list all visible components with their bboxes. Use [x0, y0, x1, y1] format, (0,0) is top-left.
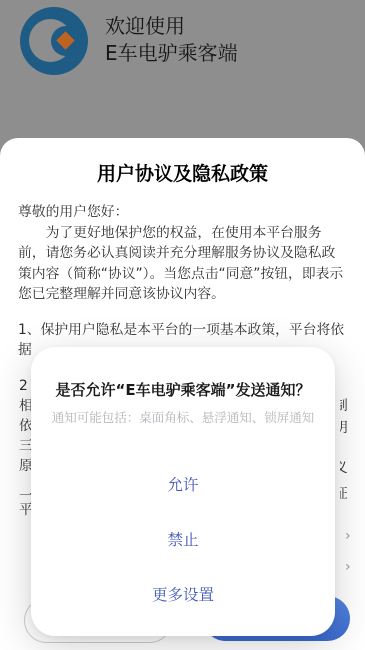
clipped-text-fragment: 平: [19, 502, 31, 519]
chevron-right-icon: ›: [345, 528, 355, 545]
welcome-text: 欢迎使用 E车电驴乘客端: [105, 13, 238, 67]
allow-button[interactable]: 允许: [31, 456, 335, 511]
clipped-text-fragment: 原: [19, 458, 31, 475]
clipped-text-fragment: 明: [340, 420, 351, 437]
agreement-paragraph-1: 为了更好地保护您的权益，在使用本平台服务前，请您务必认真阅读并充分理解服务协议及…: [18, 223, 348, 305]
welcome-line-1: 欢迎使用: [105, 13, 238, 40]
more-settings-button[interactable]: 更多设置: [31, 566, 335, 621]
dialog-button-group: 允许 禁止 更多设置: [31, 456, 335, 621]
clipped-text-fragment: 三: [19, 438, 31, 455]
brand-header: 欢迎使用 E车电驴乘客端: [20, 7, 238, 75]
dialog-title: 是否允许“E车电驴乘客端”发送通知？: [31, 379, 335, 400]
notification-permission-dialog: 是否允许“E车电驴乘客端”发送通知？ 通知可能包括：桌面角标、悬浮通知、锁屏通知…: [31, 347, 335, 636]
clipped-text-fragment: 证: [340, 486, 351, 503]
clipped-text-fragment: 2: [19, 378, 31, 395]
app-logo-icon: [20, 7, 88, 75]
clipped-text-fragment: 依: [19, 418, 31, 435]
agreement-paragraph-2-line1: 1、保护用户隐私是本平台的一项基本政策，平台将依: [18, 322, 344, 338]
clipped-text-fragment: 制: [340, 398, 351, 415]
agreement-greeting: 尊敬的用户您好：: [18, 202, 348, 223]
welcome-line-2: E车电驴乘客端: [105, 40, 238, 67]
dialog-subtitle: 通知可能包括：桌面角标、悬浮通知、锁屏通知: [31, 408, 335, 426]
clipped-text-fragment: 相: [19, 398, 31, 415]
clipped-text-fragment: 义: [340, 460, 351, 477]
chevron-right-icon: ›: [345, 559, 355, 576]
app-screen: 欢迎使用 E车电驴乘客端 用户协议及隐私政策 尊敬的用户您好： 为了更好地保护您…: [0, 0, 365, 650]
deny-button[interactable]: 禁止: [31, 511, 335, 566]
agreement-title: 用户协议及隐私政策: [0, 159, 365, 186]
agreement-paragraph-2-line2: 据: [18, 342, 32, 358]
clipped-text-fragment: ：: [340, 440, 351, 457]
agreement-body: 尊敬的用户您好： 为了更好地保护您的权益，在使用本平台服务前，请您务必认真阅读并…: [18, 202, 348, 361]
